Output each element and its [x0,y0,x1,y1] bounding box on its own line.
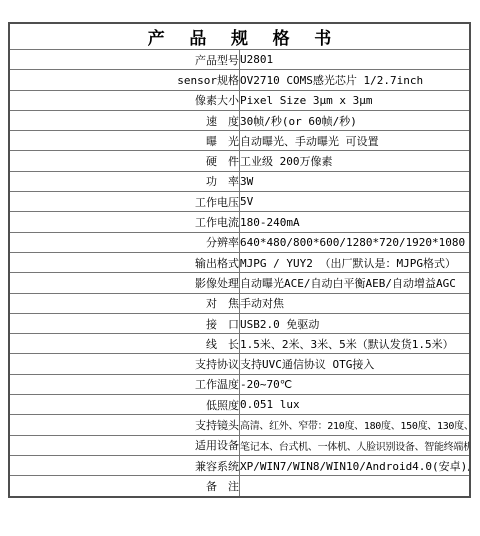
spec-label: 接 口 [9,313,240,333]
spec-value: 30帧/秒(or 60帧/秒) [240,110,471,130]
spec-table-body: 产 品 规 格 书 产品型号U2801sensor规格OV2710 COMS感光… [9,23,470,497]
spec-label: 适用设备 [9,435,240,455]
spec-value: 自动曝光ACE/自动白平衡AEB/自动增益AGC [240,273,471,293]
spec-label: 分辨率 [9,232,240,252]
spec-value: OV2710 COMS感光芯片 1/2.7inch [240,70,471,90]
spec-row: 分辨率640*480/800*600/1280*720/1920*1080 [9,232,470,252]
spec-value: 高清、红外、窄带：210度、180度、150度、130度、90度、70度、50度… [240,415,471,435]
spec-row: 曝 光自动曝光、手动曝光 可设置 [9,131,470,151]
spec-row: 接 口USB2.0 免驱动 [9,313,470,333]
spec-row: 支持镜头高清、红外、窄带：210度、180度、150度、130度、90度、70度… [9,415,470,435]
spec-row: 工作电流180-240mA [9,212,470,232]
spec-table: 产 品 规 格 书 产品型号U2801sensor规格OV2710 COMS感光… [8,22,471,498]
spec-row: 工作温度-20~70℃ [9,374,470,394]
spec-row: 产品型号U2801 [9,50,470,70]
spec-label: 产品型号 [9,50,240,70]
spec-label: 对 焦 [9,293,240,313]
spec-value: USB2.0 免驱动 [240,313,471,333]
spec-value [240,476,471,497]
spec-row: 备 注 [9,476,470,497]
spec-sheet: 产 品 规 格 书 产品型号U2801sensor规格OV2710 COMS感光… [8,22,471,498]
spec-value: 3W [240,171,471,191]
spec-label: 工作电流 [9,212,240,232]
spec-label: 工作电压 [9,192,240,212]
spec-label: 线 长 [9,334,240,354]
spec-row: 像素大小Pixel Size 3μm x 3μm [9,90,470,110]
spec-row: 适用设备笔记本、台式机、一体机、人脸识别设备、智能终端机、工业工控电脑、ATM、… [9,435,470,455]
spec-label: 速 度 [9,110,240,130]
spec-label: 低照度 [9,395,240,415]
spec-row: 影像处理自动曝光ACE/自动白平衡AEB/自动增益AGC [9,273,470,293]
spec-value: 手动对焦 [240,293,471,313]
spec-value: 640*480/800*600/1280*720/1920*1080 [240,232,471,252]
spec-label: 工作温度 [9,374,240,394]
spec-row: 支持协议支持UVC通信协议 OTG接入 [9,354,470,374]
spec-label: 备 注 [9,476,240,497]
spec-label: 支持镜头 [9,415,240,435]
spec-row: 兼容系统XP/WIN7/WIN8/WIN10/Android4.0(安卓)/li… [9,455,470,475]
spec-value: 180-240mA [240,212,471,232]
spec-value: 1.5米、2米、3米、5米（默认发货1.5米） [240,334,471,354]
spec-label: 硬 件 [9,151,240,171]
spec-row: 低照度0.051 lux [9,395,470,415]
spec-value: 自动曝光、手动曝光 可设置 [240,131,471,151]
spec-value: 0.051 lux [240,395,471,415]
spec-value: MJPG / YUY2 （出厂默认是：MJPG格式） [240,252,471,272]
spec-row: sensor规格OV2710 COMS感光芯片 1/2.7inch [9,70,470,90]
spec-label: 支持协议 [9,354,240,374]
spec-row: 输出格式MJPG / YUY2 （出厂默认是：MJPG格式） [9,252,470,272]
spec-label: 像素大小 [9,90,240,110]
spec-value: 工业级 200万像素 [240,151,471,171]
title-row: 产 品 规 格 书 [9,23,470,50]
spec-value: 5V [240,192,471,212]
spec-label: 曝 光 [9,131,240,151]
spec-row: 硬 件工业级 200万像素 [9,151,470,171]
spec-value: U2801 [240,50,471,70]
document-title: 产 品 规 格 书 [9,23,470,50]
spec-value: 笔记本、台式机、一体机、人脸识别设备、智能终端机、工业工控电脑、ATM、广告机等 [240,435,471,455]
spec-row: 对 焦手动对焦 [9,293,470,313]
spec-value: -20~70℃ [240,374,471,394]
spec-value: 支持UVC通信协议 OTG接入 [240,354,471,374]
spec-label: 功 率 [9,171,240,191]
spec-value: Pixel Size 3μm x 3μm [240,90,471,110]
spec-row: 工作电压5V [9,192,470,212]
spec-row: 速 度30帧/秒(or 60帧/秒) [9,110,470,130]
spec-label: 兼容系统 [9,455,240,475]
spec-label: 影像处理 [9,273,240,293]
spec-label: sensor规格 [9,70,240,90]
spec-value: XP/WIN7/WIN8/WIN10/Android4.0(安卓)/linux/… [240,455,471,475]
spec-row: 功 率3W [9,171,470,191]
spec-row: 线 长1.5米、2米、3米、5米（默认发货1.5米） [9,334,470,354]
spec-label: 输出格式 [9,252,240,272]
